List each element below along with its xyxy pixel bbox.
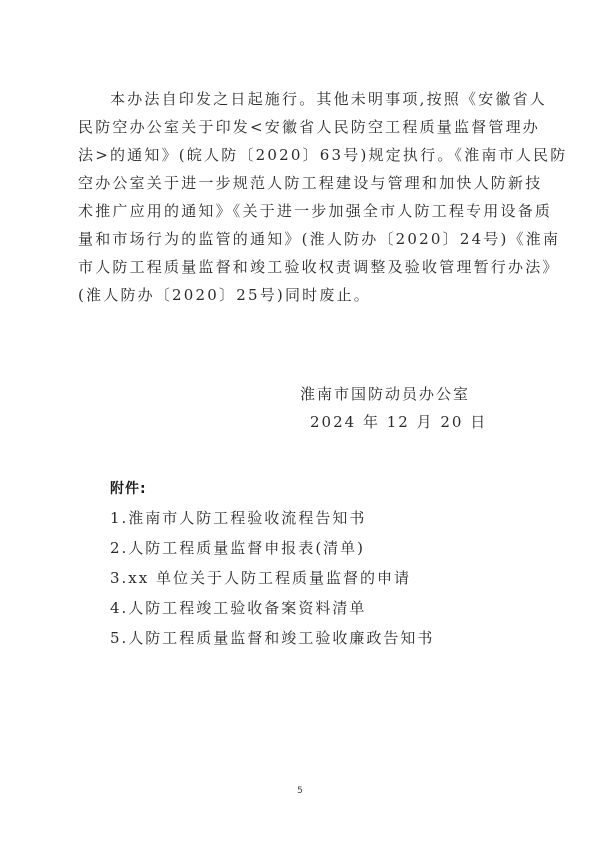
- paragraph-line: 市人防工程质量监督和竣工验收权责调整及验收管理暂行办法》: [78, 253, 524, 281]
- attachment-item: 2.人防工程质量监督申报表(清单): [110, 533, 434, 563]
- paragraph-line: 空办公室关于进一步规范人防工程建设与管理和加快人防新技: [78, 169, 524, 197]
- paragraph-line: 本办法自印发之日起施行。其他未明事项,按照《安徽省人: [78, 85, 524, 113]
- issue-date: 2024 年 12 月 20 日: [300, 408, 470, 436]
- issuing-organization: 淮南市国防动员办公室: [300, 380, 470, 408]
- attachment-item: 5.人防工程质量监督和竣工验收廉政告知书: [110, 623, 434, 653]
- paragraph-line: 民防空办公室关于印发<安徽省人民防空工程质量监督管理办: [78, 113, 524, 141]
- paragraph-line: (淮人防办〔2020〕25号)同时废止。: [78, 281, 524, 309]
- page-number: 5: [0, 786, 600, 796]
- attachments-title: 附件:: [110, 475, 434, 503]
- attachment-item: 4.人防工程竣工验收备案资料清单: [110, 593, 434, 623]
- body-paragraph: 本办法自印发之日起施行。其他未明事项,按照《安徽省人 民防空办公室关于印发<安徽…: [78, 85, 524, 309]
- paragraph-line: 术推广应用的通知》《关于进一步加强全市人防工程专用设备质: [78, 197, 524, 225]
- attachment-item: 1.淮南市人防工程验收流程告知书: [110, 503, 434, 533]
- attachments-section: 附件: 1.淮南市人防工程验收流程告知书 2.人防工程质量监督申报表(清单) 3…: [110, 475, 434, 653]
- paragraph-line: 法>的通知》(皖人防〔2020〕63号)规定执行。《淮南市人民防: [78, 141, 524, 169]
- attachment-item: 3.xx 单位关于人防工程质量监督的申请: [110, 563, 434, 593]
- document-page: 本办法自印发之日起施行。其他未明事项,按照《安徽省人 民防空办公室关于印发<安徽…: [0, 0, 600, 848]
- signature-block: 淮南市国防动员办公室 2024 年 12 月 20 日: [300, 380, 470, 436]
- paragraph-line: 量和市场行为的监管的通知》(淮人防办〔2020〕24号)《淮南: [78, 225, 524, 253]
